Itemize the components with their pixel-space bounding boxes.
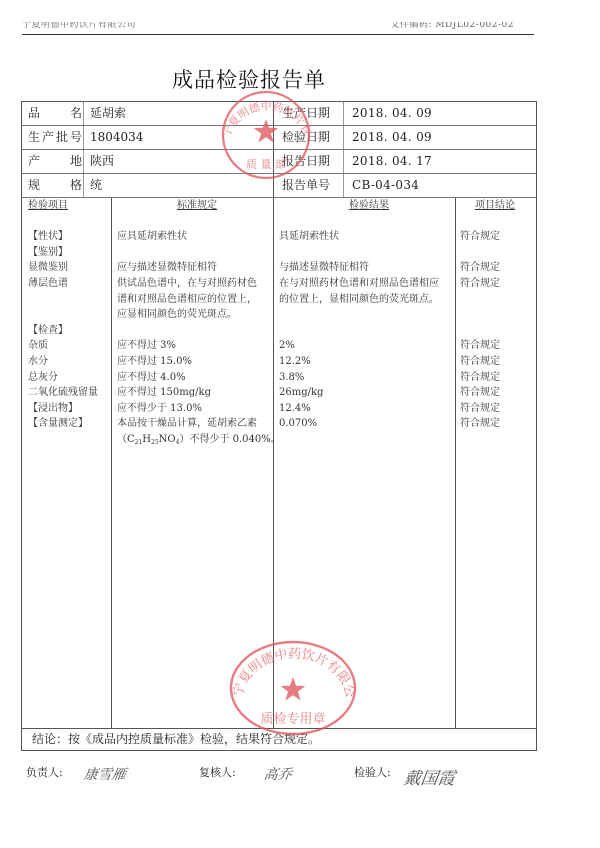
reviewer-label: 复核人: <box>199 764 236 780</box>
item-conclusion: 符合规定 <box>460 276 530 292</box>
item-name: 【含量测定】 <box>28 416 112 432</box>
item-result: 的位置上，显相同颜色的荧光斑点。 <box>279 292 459 308</box>
info-label: 规格 <box>28 174 82 197</box>
info-label: 产地 <box>28 150 82 173</box>
company-name: 宁夏明德中药饮片有限公司 <box>22 22 136 29</box>
item-name: 总灰分 <box>28 370 112 386</box>
item-standard <box>117 245 277 261</box>
item-name: 【浸出物】 <box>28 401 112 417</box>
item-name <box>28 307 112 323</box>
item-name: 杂质 <box>28 338 112 354</box>
item-standard: 应不得过 3% <box>117 338 277 354</box>
col-header-standard: 标准规定 <box>117 198 277 214</box>
info-label-2: 检验日期 <box>282 126 330 149</box>
info-label-2: 报告单号 <box>282 174 330 197</box>
info-label-2: 生产日期 <box>282 102 330 125</box>
info-row: 生产批号 1804034 检验日期 2018. 04. 09 <box>22 126 536 150</box>
item-standard: 应不得过 4.0% <box>117 370 277 386</box>
item-standard <box>117 323 277 339</box>
inspector-label: 检验人: <box>354 764 391 780</box>
item-standard: 谱和对照品色谱相应的位置上， <box>117 292 277 308</box>
item-conclusion <box>460 245 530 261</box>
report-table: 品名 延胡索 生产日期 2018. 04. 09 生产批号 1804034 检验… <box>21 101 537 751</box>
item-name: 显微鉴别 <box>28 260 112 276</box>
item-result: 在与对照药材色谱和对照品色谱相应 <box>279 276 459 292</box>
item-standard: 供试品色谱中，在与对照药材色 <box>117 276 277 292</box>
responsible-signature: 康雪雁 <box>83 764 128 784</box>
item-result: 3.8% <box>279 370 459 386</box>
item-result: 26mg/kg <box>279 385 459 401</box>
responsible-label: 负责人: <box>26 764 63 780</box>
item-conclusion: 符合规定 <box>460 354 530 370</box>
info-section: 品名 延胡索 生产日期 2018. 04. 09 生产批号 1804034 检验… <box>22 102 536 198</box>
col-item: 检验项目 【性状】【鉴别】显微鉴别薄层色谱【检查】杂质水分总灰分二氧化硫残留量【… <box>28 198 112 432</box>
info-value: 1804034 <box>90 126 143 149</box>
item-conclusion: 符合规定 <box>460 401 530 417</box>
info-row: 产地 陕西 报告日期 2018. 04. 17 <box>22 150 536 174</box>
item-name: 【鉴别】 <box>28 245 112 261</box>
formula-line: （C21H25NO4）不得少于 0.040%。 <box>117 432 277 448</box>
item-name: 二氧化硫残留量 <box>28 385 112 401</box>
item-standard: 应具延胡索性状 <box>117 229 277 245</box>
info-value: 陕西 <box>90 150 114 173</box>
info-label: 生产批号 <box>28 126 82 149</box>
file-code: 文件编码: MDJL02-002-02 <box>390 22 514 29</box>
col-conclusion: 项目结论 符合规定符合规定符合规定符合规定符合规定符合规定符合规定符合规定符合规… <box>460 198 530 432</box>
inspection-section: 检验项目 【性状】【鉴别】显微鉴别薄层色谱【检查】杂质水分总灰分二氧化硫残留量【… <box>22 198 536 729</box>
item-result: 12.2% <box>279 354 459 370</box>
item-name <box>28 292 112 308</box>
item-name: 水分 <box>28 354 112 370</box>
item-conclusion: 符合规定 <box>460 260 530 276</box>
item-conclusion: 符合规定 <box>460 229 530 245</box>
item-result: 2% <box>279 338 459 354</box>
info-value: 统 <box>90 174 102 197</box>
item-result: 与描述显微特征相符 <box>279 260 459 276</box>
item-result <box>279 323 459 339</box>
item-result: 具延胡索性状 <box>279 229 459 245</box>
item-result: 0.070% <box>279 416 459 432</box>
conclusion: 结论：按《成品内控质量标准》检验，结果符合规定。 <box>22 729 536 750</box>
item-standard: 应不得过 15.0% <box>117 354 277 370</box>
item-result <box>279 307 459 323</box>
info-value-2: 2018. 04. 17 <box>352 150 432 173</box>
item-conclusion: 符合规定 <box>460 338 530 354</box>
col-result: 检验结果 具延胡索性状与描述显微特征相符在与对照药材色谱和对照品色谱相应的位置上… <box>279 198 459 432</box>
item-name: 【检查】 <box>28 323 112 339</box>
item-standard: 应不得少于 13.0% <box>117 401 277 417</box>
col-standard: 标准规定 应具延胡索性状应与描述显微特征相符供试品色谱中，在与对照药材色谱和对照… <box>117 198 277 448</box>
page-header: 宁夏明德中药饮片有限公司 文件编码: MDJL02-002-02 <box>22 22 534 35</box>
info-row: 规格 统 报告单号 CB-04-034 <box>22 174 536 198</box>
item-conclusion: 符合规定 <box>460 416 530 432</box>
info-value-2: CB-04-034 <box>352 174 419 197</box>
info-value-2: 2018. 04. 09 <box>352 102 432 125</box>
item-conclusion <box>460 292 530 308</box>
item-standard: 本品按干燥品计算，延胡索乙素 <box>117 416 277 432</box>
col-header-result: 检验结果 <box>279 198 459 214</box>
col-header-item: 检验项目 <box>28 198 112 214</box>
item-result <box>279 245 459 261</box>
info-row: 品名 延胡索 生产日期 2018. 04. 09 <box>22 102 536 126</box>
item-conclusion <box>460 323 530 339</box>
item-standard: 应不得过 150mg/kg <box>117 385 277 401</box>
item-name: 【性状】 <box>28 229 112 245</box>
reviewer-signature: 高乔 <box>263 764 294 784</box>
item-standard: 应显相同颜色的荧光斑点。 <box>117 307 277 323</box>
item-name: 薄层色谱 <box>28 276 112 292</box>
info-value: 延胡索 <box>90 102 126 125</box>
item-result: 12.4% <box>279 401 459 417</box>
inspector-signature: 戴国霞 <box>402 764 457 789</box>
item-standard: 应与描述显微特征相符 <box>117 260 277 276</box>
info-label: 品名 <box>28 102 82 125</box>
info-value-2: 2018. 04. 09 <box>352 126 432 149</box>
item-conclusion: 符合规定 <box>460 370 530 386</box>
info-label-2: 报告日期 <box>282 150 330 173</box>
item-conclusion: 符合规定 <box>460 385 530 401</box>
page-title: 成品检验报告单 <box>172 64 326 94</box>
item-conclusion <box>460 307 530 323</box>
col-header-conclusion: 项目结论 <box>460 198 530 214</box>
